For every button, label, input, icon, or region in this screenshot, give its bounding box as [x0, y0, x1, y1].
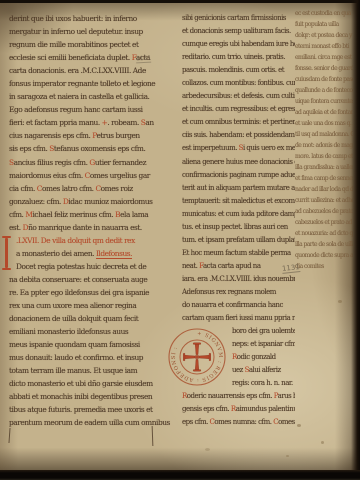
text-line: et incultis. cum regressibus: et egressi… — [182, 103, 295, 116]
text-line: terit aut in aliquam partem mutare at — [182, 182, 295, 195]
text-segment: totam terram ille manus. Et usque iam — [9, 366, 137, 375]
text-line: gonzaluez: cfm. Didac munioz maiordomus — [9, 195, 173, 208]
text-segment: Ego adefonsus regum hanc cartam iussi — [9, 105, 142, 114]
text-segment: terit aut in aliquam partem mutare at — [182, 184, 295, 192]
text-line: meus ispanie quondam quam famosissi — [9, 338, 173, 351]
text-segment: et donacionis semp ualituram facis. — [182, 27, 291, 35]
text-line: Ego adefonsus regum hanc cartam iussi — [9, 103, 173, 116]
text-segment: cfm. — [9, 210, 25, 219]
text-segment: omes latro cfm. — [42, 184, 95, 193]
text-line: do nauarra et confirmancia hanc — [182, 299, 295, 312]
text-segment: Docet regia potestas huic decreta et de — [16, 262, 146, 271]
text-segment: abbati et monachis inibi degentibus pres… — [9, 392, 152, 401]
text-segment: collazos. cum montibus: fontibus. cum — [182, 79, 295, 87]
text-segment: eps cfm. — [182, 418, 210, 426]
text-segment: an — [145, 118, 153, 127]
text-segment: aliena genere huius mee donacionis et — [182, 158, 295, 166]
left-text-column: derint que ibi uxos habuerit: in inferno… — [9, 12, 173, 432]
text-segment: boro dei gra uolemte — [232, 327, 295, 335]
text-line: confirmacionis paginam rumpe aduer — [182, 169, 295, 182]
text-segment: iara. era .M.C.LX.VIIII. idus nouembris. — [182, 275, 295, 283]
text-segment: cuiusdam de fonte pascua — [295, 76, 353, 83]
text-segment: ad aquileia et de fontana a — [295, 109, 353, 116]
text-line: fonsus imperator regnante tolleto et leg… — [9, 77, 173, 90]
text-line: regis: cora h. n. nar. — [232, 377, 295, 390]
text-line: cius nagarensis eps cfm. Petrus burgen — [9, 129, 173, 142]
text-segment: tefanus oxomensis eps cfm. — [54, 144, 145, 153]
text-line: re. Ea ppter ego ildefonsus dei gra ispa… — [9, 286, 173, 299]
text-line: et fima camp de senner que — [295, 173, 353, 184]
text-segment: ancius filius regis cfm. — [14, 158, 90, 167]
text-segment: etrus burgen — [96, 131, 139, 140]
pencil-year-annotation-margin: 1131 — [282, 263, 301, 274]
text-segment: parentum meorum de eadem uilla cum omnib… — [9, 418, 170, 427]
text-segment: Adefonsus rex regnans molem — [182, 288, 276, 296]
text-segment: idac munioz maiordomus — [68, 197, 152, 206]
text-segment: temptauerit: sit maledictus et excom — [182, 197, 295, 205]
text-line: Et hoc meum factum stabile perma — [182, 247, 295, 260]
text-segment: ec est custodia en qua — [295, 10, 351, 17]
text-line: carta donacionis. era .M.C.LXX.VIIII. Ad… — [9, 64, 173, 77]
text-segment: dicto monasterio et ubi dño garsie eiusd… — [9, 379, 153, 388]
text-segment: cabezuelos et prato ad lodi — [295, 219, 353, 226]
text-segment: omes numna: cfm. — [214, 418, 273, 426]
text-segment: i quis uero ex mea ud — [243, 144, 295, 152]
text-segment: gensis eps cfm. — [182, 405, 231, 413]
text-line: fieri: et factam ppria manu. +. robeam. … — [9, 116, 173, 129]
photo-edge-top — [0, 0, 360, 3]
text-line: illa parte de sola de uilla dolq — [295, 239, 353, 250]
manuscript-photo: derint que ibi uxos habuerit: in inferno… — [0, 0, 360, 480]
text-line: uique fontera currentes usq — [295, 96, 353, 107]
text-segment: acta carta apud na — [203, 262, 261, 270]
text-segment: tibus atque futuris. premedia mee uxoris… — [9, 405, 153, 414]
text-line: ciis suis. habendam: et possidendam ut d… — [182, 129, 295, 142]
text-line: boro dei gra uolemte — [232, 325, 295, 338]
photo-edge-bottom — [0, 470, 360, 480]
text-segment: et uale una dos mas q. son — [295, 120, 353, 127]
text-segment: uique fontera currentes usq — [295, 98, 353, 105]
text-line: more. latus de camp et in — [295, 151, 353, 162]
text-segment: . robeam. — [107, 118, 140, 127]
text-segment: municatus: et cum iuda pditore dampna — [182, 210, 295, 218]
text-segment: utier fernandez — [95, 158, 146, 167]
rubricated-initial-i — [2, 236, 11, 270]
text-segment: quomode dicte supra ad guar — [295, 252, 353, 259]
text-segment: re. Ea ppter ego ildefonsus dei gra ispa… — [9, 288, 149, 297]
text-segment: et incultis. cum regressibus: et egressi… — [182, 105, 295, 113]
text-segment: maiordomus eius cfm. — [9, 171, 85, 180]
text-line: sis eps cfm. Stefanus oxomensis eps cfm. — [9, 142, 173, 155]
text-segment: confirmacionis paginam rumpe aduer — [182, 171, 295, 179]
text-line: est. Dño manrique dante in nauarra est. — [9, 221, 173, 234]
text-segment: aimundus palentinus — [236, 405, 295, 413]
text-segment: eterni monast effo bti — [295, 43, 349, 50]
text-segment: de mot: adonis de magi ribu — [295, 142, 353, 149]
text-segment: Ildefonsus. — [96, 249, 132, 259]
text-segment: a monasterio dei amen. — [16, 249, 96, 258]
text-segment: alui alferiz — [249, 366, 281, 374]
text-line: dia comites — [295, 261, 353, 270]
text-line: abbati et monachis inibi degentibus pres… — [9, 390, 173, 403]
text-line: emiliani monasterio ildefonsus auus — [9, 325, 173, 338]
text-line: nader ad illar loda qd de — [295, 184, 353, 195]
text-segment: til usq ad maladonna. Co a — [295, 131, 353, 138]
text-segment: more. latus de camp et in — [295, 153, 353, 160]
text-line: eterni monast effo bti — [295, 41, 353, 52]
text-line: et uale una dos mas q. son — [295, 118, 353, 129]
text-line: neat. Facta carta apud na — [182, 260, 295, 273]
text-segment: illa grandisslua: a ualleruelo — [295, 164, 353, 171]
text-segment: mus donauit: laudo et confirmo. et insup — [9, 353, 143, 362]
text-segment: dolqr: et postea deca y — [295, 32, 352, 39]
text-segment: pascuis. molendinis. cum ortis. et — [182, 66, 284, 74]
text-segment: neat. — [182, 262, 199, 270]
text-line: currit uallezina: et adher — [295, 195, 353, 206]
text-line: .LXVII. De villa dolquit qm dedit rex — [16, 234, 173, 247]
text-line: rex una cum uxore mea alienor regina — [9, 299, 173, 312]
text-segment: est imperpetuum. — [182, 144, 239, 152]
text-line: pascuis. molendinis. cum ortis. et — [182, 64, 295, 77]
text-segment: mergatur in inferno uel deputetur. insup — [9, 27, 143, 36]
text-line: Docet regia potestas huic decreta et de — [16, 260, 173, 273]
text-line: cuiusdam de fonte pascua — [295, 74, 353, 85]
text-segment: meus ispanie quondam quam famosissi — [9, 340, 140, 349]
text-line: Roderic nauarrensis eps cfm. Parus bur — [182, 390, 295, 403]
text-segment: fonsus imperator regnante tolleto et leg… — [9, 79, 155, 88]
text-segment: et nouazuria: ad dcto q est — [295, 230, 353, 237]
text-line: de mot: adonis de magi ribu — [295, 140, 353, 151]
text-line: fonsse. senior de guardia — [295, 63, 353, 74]
text-segment: cartam quam fieri iussi manu ppria ro — [182, 314, 295, 322]
text-segment: Et hoc meum factum stabile perma — [182, 249, 291, 257]
text-line: eps cfm. Comes numna: cfm. Comes — [182, 416, 295, 429]
text-segment: est. — [9, 223, 23, 232]
photo-edge-right — [351, 0, 360, 480]
text-segment: ciis suis. habendam: et possidendam ut d… — [182, 131, 295, 139]
initial-serif — [2, 268, 11, 270]
text-line: dolqr: et postea deca y — [295, 30, 353, 41]
initial-stem — [5, 238, 8, 268]
text-line: est imperpetuum. Si quis uero ex mea ud — [182, 142, 295, 155]
seal-cross-icon — [183, 343, 210, 371]
text-line: maiordomus eius cfm. Comes urgelius gar — [9, 169, 173, 182]
text-line: mergatur in inferno uel deputetur. insup — [9, 25, 173, 38]
text-line: et nouazuria: ad dcto q est — [295, 228, 353, 239]
text-line: dicto monasterio et ubi dño garsie eiusd… — [9, 377, 173, 390]
text-line: cabezuelos et prato ad lodi — [295, 217, 353, 228]
text-segment: currit uallezina: et adher — [295, 197, 353, 204]
text-segment: fonsse. senior de guardia — [295, 65, 353, 72]
text-segment: sibi genicionis cartam firmissionis — [182, 14, 286, 22]
text-line: cumque eregis ubi habendam iure he — [182, 38, 295, 51]
text-line: Rodic gonzald — [232, 351, 295, 364]
text-segment: fuit populata uilla — [295, 21, 339, 28]
text-line: cfm. Michael feliz merinus cfm. Bela lam… — [9, 208, 173, 221]
text-line: til usq ad maladonna. Co a — [295, 129, 353, 140]
text-segment: ño manrique dante in nauarra est. — [28, 223, 142, 232]
text-segment: ichael feliz merinus cfm. — [32, 210, 115, 219]
text-line: iara. era .M.C.LX.VIIII. idus nouembris. — [182, 273, 295, 286]
text-line: derint que ibi uxos habuerit: in inferno — [9, 12, 173, 25]
text-line: cartam quam fieri iussi manu ppria ro — [182, 312, 295, 325]
text-line: quallunde a de fonteco er — [295, 85, 353, 96]
text-line: tus. et insup pectet. libras auri cen — [182, 221, 295, 234]
text-segment: rex una cum uxore mea alienor regina — [9, 301, 136, 310]
text-line: sibi genicionis cartam firmissionis — [182, 12, 295, 25]
text-segment: in saragoza et naiera in castella et gal… — [9, 92, 149, 101]
text-line: Sancius filius regis cfm. Gutier fernand… — [9, 156, 173, 169]
text-line: ad cabezuelos de prato. et — [295, 206, 353, 217]
pencil-year-annotation-gutter: 1131 — [136, 55, 152, 64]
text-segment: .LXVII. De villa dolquit qm dedit rex — [16, 236, 135, 245]
text-line: Adefonsus rex regnans molem — [182, 286, 295, 299]
text-segment: sis eps cfm. — [9, 144, 49, 153]
margin-note-column: ec est custodia en quafuit populata uill… — [295, 8, 353, 270]
text-line: in saragoza et naiera in castella et gal… — [9, 90, 173, 103]
text-line: quomode dicte supra ad guar — [295, 250, 353, 261]
text-segment: regnum die mille morabitinos pectet et — [9, 40, 138, 49]
text-segment: uez — [232, 366, 245, 374]
text-line: ec est custodia en qua — [295, 8, 353, 19]
text-line: a monasterio dei amen. Ildefonsus. — [16, 247, 173, 260]
text-segment: omes — [278, 418, 295, 426]
text-line: regnum die mille morabitinos pectet et — [9, 38, 173, 51]
text-segment: ecclesie sci emilii beneficiata duplet. — [9, 53, 132, 62]
text-line: parentum meorum de eadem uilla cum omnib… — [9, 416, 173, 429]
text-segment: gonzaluez: cfm. — [9, 197, 63, 206]
text-line: illa grandisslua: a ualleruelo — [295, 162, 353, 173]
text-line: collazos. cum montibus: fontibus. cum — [182, 77, 295, 90]
text-line: municatus: et cum iuda pditore dampna — [182, 208, 295, 221]
text-segment: omes roiz — [101, 184, 133, 193]
text-line: arbedecursibus: et defesis. cum cultis — [182, 90, 295, 103]
text-line: et donacionis semp ualituram facis. — [182, 25, 295, 38]
text-segment: cia cfm. — [9, 184, 37, 193]
text-segment: odic gonzald — [237, 353, 276, 361]
text-segment: regis: cora — [232, 379, 266, 387]
text-segment: et cum omnibus terminis: et pertinen — [182, 118, 295, 126]
text-line: temptauerit: sit maledictus et excom — [182, 195, 295, 208]
text-line: mus donauit: laudo et confirmo. et insup — [9, 351, 173, 364]
text-segment: cius nagarensis eps cfm. — [9, 131, 92, 140]
text-line: cia cfm. Comes latro cfm. Comes roiz — [9, 182, 173, 195]
text-segment: neps: et ispaniar cfm. — [232, 340, 295, 348]
text-segment: ad cabezuelos de prato. et — [295, 208, 353, 215]
text-line: tibus atque futuris. premedia mee uxoris… — [9, 403, 173, 416]
text-segment: nader ad illar loda qd de — [295, 186, 353, 193]
text-segment: illa parte de sola de uilla dolq — [295, 241, 353, 248]
text-line: gensis eps cfm. Raimundus palentinus — [182, 403, 295, 416]
rota-seal: + SIGNVM : REGIS : ADEFONSI : — [166, 326, 228, 388]
text-segment: reditario. cum trrio. uineis. pratis. — [182, 53, 285, 61]
text-segment: na debita conseruare: et conseruata auge — [9, 275, 147, 284]
text-segment: carta donacionis. era .M.C.LXX.VIIII. Ad… — [9, 66, 146, 75]
text-segment: emiliani monasterio ildefonsus auus — [9, 327, 128, 336]
text-line: et cum omnibus terminis: et pertinen — [182, 116, 295, 129]
text-segment: tus. et insup pectet. libras auri cen — [182, 223, 288, 231]
text-segment: emiliani. circa mge est de — [295, 54, 353, 61]
text-segment: arbedecursibus: et defesis. cum cultis — [182, 92, 295, 100]
text-segment: oderic nauarrensis eps cfm. — [187, 392, 274, 400]
text-line: emiliani. circa mge est de — [295, 52, 353, 63]
text-segment: do nauarra et confirmancia hanc — [182, 301, 283, 309]
text-segment: cumque eregis ubi habendam iure he — [182, 40, 295, 48]
text-segment: arus bur — [278, 392, 295, 400]
text-segment: h. n. nar. — [266, 379, 292, 387]
text-line: totam terram ille manus. Et usque iam — [9, 364, 173, 377]
text-line: uez Salui alferiz — [232, 364, 295, 377]
text-line: aliena genere huius mee donacionis et — [182, 156, 295, 169]
text-segment: derint que ibi uxos habuerit: in inferno — [9, 14, 137, 23]
text-segment: ela lama — [120, 210, 148, 219]
text-line: donacionem de uilla dolquit quam fecit — [9, 312, 173, 325]
text-segment: fieri: et factam ppria manu. — [9, 118, 102, 127]
text-line: neps: et ispaniar cfm. — [232, 338, 295, 351]
text-segment: tum. et ipsam prefatam uillam duplata. — [182, 236, 295, 244]
text-line: na debita conseruare: et conseruata auge — [9, 273, 173, 286]
text-line: reditario. cum trrio. uineis. pratis. — [182, 51, 295, 64]
text-segment: quallunde a de fonteco er — [295, 87, 353, 94]
text-line: tum. et ipsam prefatam uillam duplata. — [182, 234, 295, 247]
text-segment: donacionem de uilla dolquit quam fecit — [9, 314, 138, 323]
text-segment: et fima camp de senner que — [295, 175, 353, 182]
text-segment: omes urgelius gar — [90, 171, 150, 180]
text-line: fuit populata uilla — [295, 19, 353, 30]
text-line: ad aquileia et de fontana a — [295, 107, 353, 118]
